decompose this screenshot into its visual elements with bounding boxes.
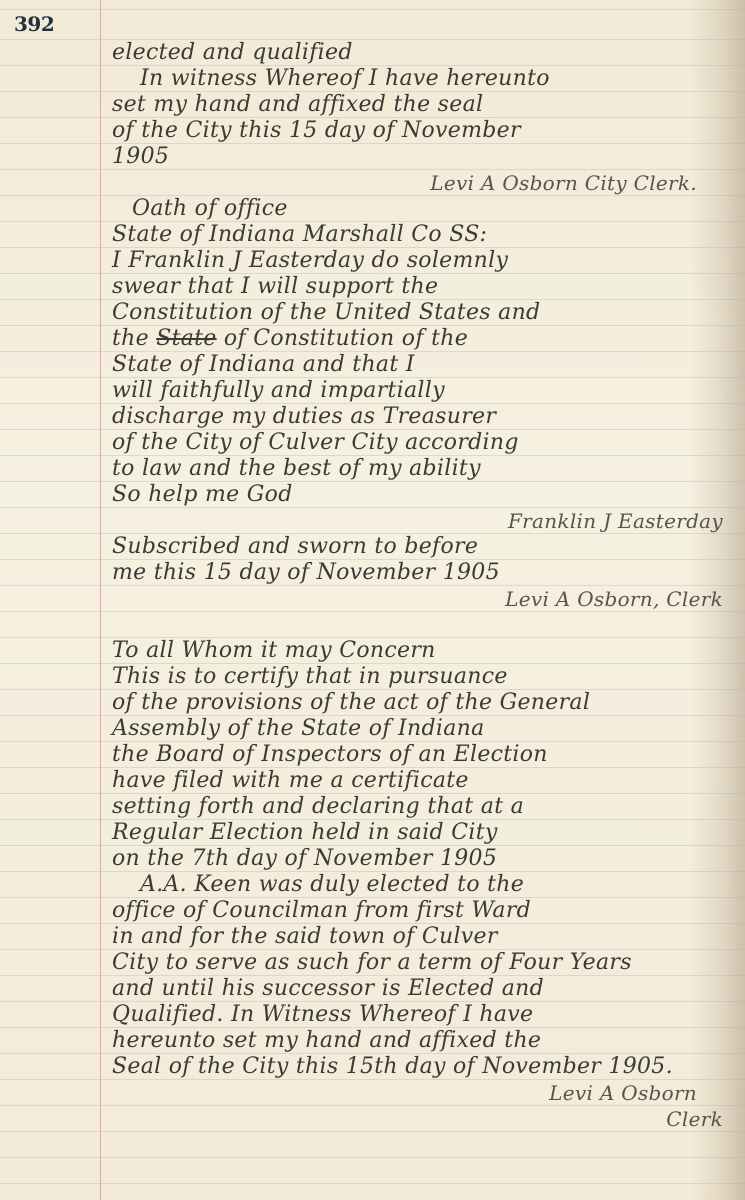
text-line-with-strikethrough: the State of Constitution of the: [112, 326, 727, 352]
page-number: 392: [14, 12, 54, 36]
text-line: elected and qualified: [112, 40, 727, 66]
text-line: the Board of Inspectors of an Election: [112, 742, 727, 768]
text-line: This is to certify that in pursuance: [112, 664, 727, 690]
text-line: set my hand and affixed the seal: [112, 92, 727, 118]
text-line: 1905: [112, 144, 727, 170]
clerk-signature: Levi A Osborn: [112, 1080, 727, 1106]
text-line: Seal of the City this 15th day of Novemb…: [112, 1054, 727, 1080]
text-line: of the City of Culver City according: [112, 430, 727, 456]
text-line: A.A. Keen was duly elected to the: [112, 872, 727, 898]
text-line: me this 15 day of November 1905: [112, 560, 727, 586]
blank-line: [112, 612, 727, 638]
oath-signature: Franklin J Easterday: [112, 508, 727, 534]
text-line: discharge my duties as Treasurer: [112, 404, 727, 430]
text-line: In witness Whereof I have hereunto: [112, 66, 727, 92]
text-line: Subscribed and sworn to before: [112, 534, 727, 560]
text-line: to law and the best of my ability: [112, 456, 727, 482]
text-line: Qualified. In Witness Whereof I have: [112, 1002, 727, 1028]
certificate-salutation: To all Whom it may Concern: [112, 638, 727, 664]
text-line: of the provisions of the act of the Gene…: [112, 690, 727, 716]
text-line: State of Indiana and that I: [112, 352, 727, 378]
text-line: and until his successor is Elected and: [112, 976, 727, 1002]
clerk-signature: Levi A Osborn, Clerk: [112, 586, 727, 612]
text-line: Constitution of the United States and: [112, 300, 727, 326]
text-line: Assembly of the State of Indiana: [112, 716, 727, 742]
struck-word: State: [156, 326, 216, 351]
text-line: on the 7th day of November 1905: [112, 846, 727, 872]
clerk-signature: Levi A Osborn City Clerk.: [112, 170, 727, 196]
margin-rule: [100, 0, 101, 1200]
oath-heading: Oath of office: [112, 196, 727, 222]
text-line: setting forth and declaring that at a: [112, 794, 727, 820]
text-line: in and for the said town of Culver: [112, 924, 727, 950]
clerk-title: Clerk: [112, 1106, 727, 1132]
ledger-page: 392 elected and qualified In witness Whe…: [0, 0, 745, 1200]
text-line: Regular Election held in said City: [112, 820, 727, 846]
text-line: of the City this 15 day of November: [112, 118, 727, 144]
text-line: office of Councilman from first Ward: [112, 898, 727, 924]
text-line: So help me God: [112, 482, 727, 508]
text-line: State of Indiana Marshall Co SS:: [112, 222, 727, 248]
text-line: City to serve as such for a term of Four…: [112, 950, 727, 976]
text-line: have filed with me a certificate: [112, 768, 727, 794]
handwritten-entries: elected and qualified In witness Whereof…: [112, 40, 727, 1132]
text-line: I Franklin J Easterday do solemnly: [112, 248, 727, 274]
text-line: hereunto set my hand and affixed the: [112, 1028, 727, 1054]
text-line: will faithfully and impartially: [112, 378, 727, 404]
text-line: swear that I will support the: [112, 274, 727, 300]
